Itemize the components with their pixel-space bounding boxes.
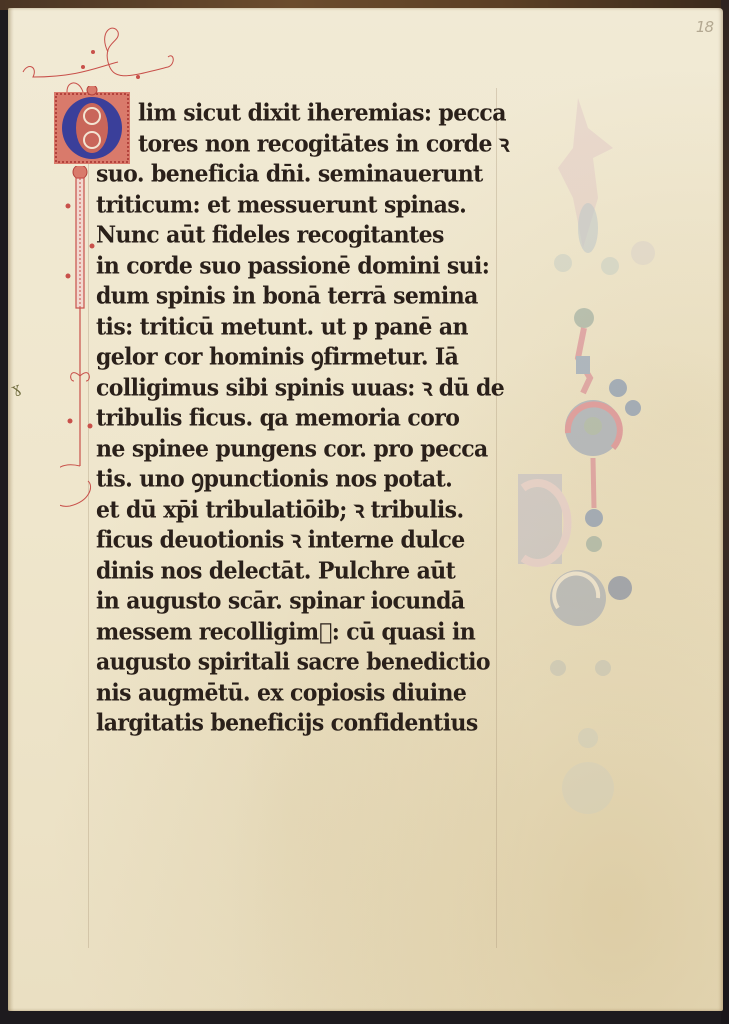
text-column: lim sicut dixit ihere­mias: pecca tores … bbox=[96, 98, 516, 739]
text-line: dum spinis in bonā terrā semina bbox=[96, 280, 516, 312]
text-line: suo. beneficia dn̄i. seminauerunt bbox=[96, 158, 516, 190]
manuscript-folio: 18 ɣ bbox=[8, 8, 723, 1011]
text-line: dinis nos delectāt. Pulchre aūt bbox=[96, 555, 516, 587]
bleed-through-floral-icon bbox=[518, 88, 698, 828]
gutter-shadow bbox=[8, 8, 14, 1011]
text-line: et dū xp̄i tribulatiōib; ꝛ tribulis. bbox=[96, 494, 516, 526]
text-line: triticum: et messuerunt spinas. bbox=[96, 189, 516, 221]
text-line: tribulis ficus. qa memoria coro bbox=[96, 402, 516, 434]
text-line: in augusto scār. spinar iocundā bbox=[96, 585, 516, 617]
text-line: colligimus sibi spinis uuas: ꝛ dū de bbox=[96, 372, 516, 404]
text-line: tis. uno ꝯpunctionis nos potat. bbox=[96, 463, 516, 495]
folio-number: 18 bbox=[696, 18, 713, 36]
text-line: ne spinee pungens cor. pro pecca bbox=[96, 433, 516, 465]
text-line: lim sicut dixit ihere­mias: pecca bbox=[96, 97, 516, 129]
text-line: tores non recogitātes in corde ꝛ bbox=[96, 128, 516, 160]
text-line: tis: triticū metunt. ut p panē an bbox=[96, 311, 516, 343]
text-line: ficus deuotionis ꝛ interne dulce bbox=[96, 524, 516, 556]
text-line: nis augmētū. ex copiosis diuine bbox=[96, 677, 516, 709]
text-line: in corde suo passionē domini sui: bbox=[96, 250, 516, 282]
text-line: gelor cor hominis ꝯfirmetur. Iā bbox=[96, 341, 516, 373]
penwork-descender-icon bbox=[60, 166, 100, 516]
text-line: Nunc aūt fideles recogitantes bbox=[96, 219, 516, 251]
text-line: messem recolligim᷒: cū quasi in bbox=[96, 616, 516, 648]
text-line: augusto spiritali sacre benedictio bbox=[96, 646, 516, 678]
text-line: largitatis beneficijs confidentius bbox=[96, 707, 516, 739]
